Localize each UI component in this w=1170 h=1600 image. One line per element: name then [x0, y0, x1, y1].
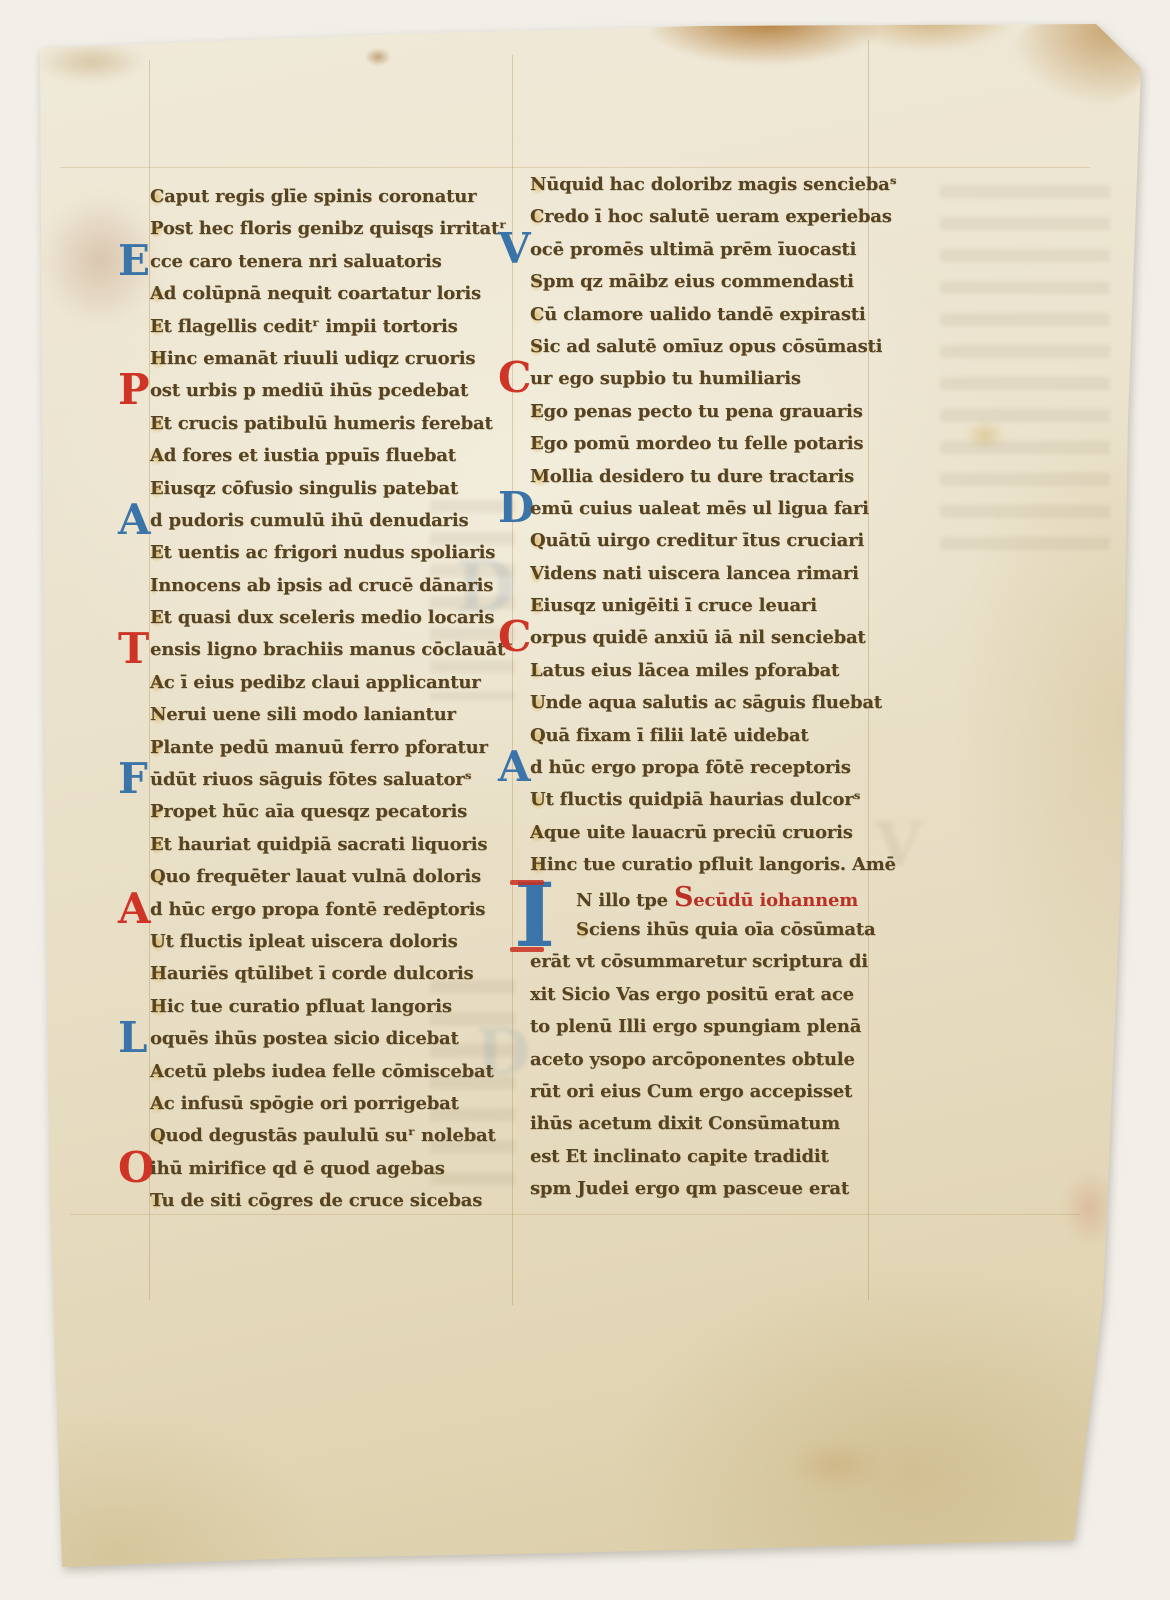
stain-top-right-corner	[1010, 12, 1150, 107]
manuscript-line: Ad fores et iustia ppuīs fluebat	[150, 440, 512, 472]
line-text: uā fixam ī filii latē uidebat	[545, 725, 808, 746]
showthrough-text	[940, 185, 1110, 565]
line-text: spm Judei ergo qm pasceue erat	[530, 1178, 849, 1199]
manuscript-line: Innocens ab ipsis ad crucē dānaris	[150, 570, 512, 602]
illuminated-initial: A	[118, 894, 142, 924]
leaf-shadow: D D V Caput regis glīe spinis coronaturP…	[0, 0, 1170, 1600]
line-text: pm qz māibz eius commendasti	[543, 271, 854, 292]
manuscript-line: Unde aqua salutis ac sāguis fluebat	[530, 687, 910, 719]
line-text: ihū mirifice qd ē quod agebas	[150, 1158, 445, 1179]
rubric-text: Secūdū iohannem	[674, 882, 858, 917]
washed-capital: L	[530, 660, 542, 681]
manuscript-line: Ut fluctis quidpiā haurias dulcorˢ	[530, 784, 910, 816]
manuscript-line: IN illo tpe Secūdū iohannem	[530, 882, 910, 914]
line-text: uo frequēter lauat vulnā doloris	[165, 866, 480, 887]
line-text: atus eius lācea miles pforabat	[542, 660, 839, 681]
manuscript-line: Vocē promēs ultimā prēm īuocasti	[530, 234, 910, 266]
manuscript-line: Sic ad salutē omīuz opus cōsūmasti	[530, 331, 910, 363]
washed-capital: E	[530, 433, 544, 454]
washed-capital: S	[530, 336, 543, 357]
manuscript-line: Caput regis glīe spinis coronatur	[150, 181, 512, 213]
line-text: t quasi dux sceleris medio locaris	[164, 607, 495, 628]
manuscript-line: Hinc emanāt riuuli udiqz cruoris	[150, 343, 512, 375]
washed-capital: Q	[530, 530, 545, 551]
manuscript-line: Acetū plebs iudea felle cōmiscebat	[150, 1056, 512, 1088]
line-text: d pudoris cumulū ihū denudaris	[150, 510, 468, 531]
illuminated-initial: O	[118, 1153, 142, 1183]
line-text: ost urbis p mediū ihūs pcedebat	[150, 380, 468, 401]
line-text: ciens ihūs quia oīa cōsūmata	[589, 919, 876, 940]
washed-capital: S	[576, 919, 589, 940]
line-text: idens nati uiscera lancea rimari	[543, 563, 858, 584]
manuscript-line: Corpus quidē anxiū iā nil senciebat	[530, 622, 910, 654]
line-text: orpus quidē anxiū iā nil senciebat	[530, 627, 866, 648]
washed-capital: E	[150, 607, 164, 628]
manuscript-line: Eiusqz cōfusio singulis patebat	[150, 473, 512, 505]
line-text: ensis ligno brachiis manus cōclauātʳ	[150, 639, 512, 660]
washed-capital: E	[530, 595, 544, 616]
line-text: inc emanāt riuuli udiqz cruoris	[167, 348, 475, 369]
washed-capital: H	[150, 348, 167, 369]
line-text: est Et inclinato capite tradidit	[530, 1146, 829, 1167]
line-text: ropet hūc aīa quesqz pecatoris	[163, 801, 467, 822]
line-text: auriēs qtūlibet ī corde dulcoris	[167, 963, 474, 984]
manuscript-line: Oihū mirifice qd ē quod agebas	[150, 1153, 512, 1185]
line-text: ic tue curatio pfluat langoris	[167, 996, 452, 1017]
line-text: redo ī hoc salutē ueram experiebas	[544, 206, 892, 227]
line-text: uod degustās paululū suʳ nolebat	[165, 1125, 495, 1146]
stain-small-dot	[365, 48, 391, 66]
manuscript-line: Aque uite lauacrū preciū cruoris	[530, 817, 910, 849]
illuminated-initial-large: I	[514, 876, 555, 954]
manuscript-line: Nerui uene sili modo laniantur	[150, 699, 512, 731]
stain-red-offset-mark	[1062, 1170, 1117, 1245]
line-text: iusqz unigēiti ī cruce leuari	[544, 595, 817, 616]
illuminated-initial: C	[498, 363, 522, 393]
manuscript-line: Propet hūc aīa quesqz pecatoris	[150, 796, 512, 828]
manuscript-line: Cū clamore ualido tandē expirasti	[530, 299, 910, 331]
illuminated-initial: A	[498, 752, 522, 782]
stain-right-spot	[965, 420, 1005, 450]
line-text: u de siti cōgres de cruce sicebas	[162, 1190, 483, 1211]
manuscript-line: Post urbis p mediū ihūs pcedebat	[150, 375, 512, 407]
line-text: t fluctis ipleat uiscera doloris	[166, 931, 458, 952]
manuscript-leaf: D D V Caput regis glīe spinis coronaturP…	[0, 0, 1170, 1600]
washed-capital: E	[150, 413, 164, 434]
illuminated-initial: C	[498, 622, 522, 652]
line-text: d colūpnā nequit coartatur loris	[164, 283, 481, 304]
washed-capital: E	[150, 834, 164, 855]
washed-capital: Q	[150, 866, 165, 887]
manuscript-line: Et hauriat quidpiā sacrati liquoris	[150, 829, 512, 861]
illuminated-initial: E	[118, 246, 142, 276]
stain-top-edge	[640, 14, 890, 66]
line-text: cetū plebs iudea felle cōmiscebat	[164, 1061, 494, 1082]
line-text: ocē promēs ultimā prēm īuocasti	[530, 239, 856, 260]
illuminated-initial: D	[498, 493, 522, 523]
ruling-line-top	[60, 167, 1090, 168]
line-text: c ī eius pedibz claui applicantur	[164, 672, 481, 693]
washed-capital: Q	[530, 725, 545, 746]
illuminated-initial: A	[118, 505, 142, 535]
line-text: go penas pecto tu pena grauaris	[544, 401, 863, 422]
manuscript-line: Nūquid hac doloribz magis senciebaˢ	[530, 169, 910, 201]
manuscript-line: spm Judei ergo qm pasceue erat	[530, 1173, 910, 1205]
manuscript-line: Ecce caro tenera nri saluatoris	[150, 246, 512, 278]
washed-capital: A	[150, 283, 164, 304]
illuminated-initial: V	[498, 234, 522, 264]
washed-capital: P	[150, 218, 163, 239]
line-text: emū cuius ualeat mēs ul ligua fari	[530, 498, 869, 519]
manuscript-line: Hinc tue curatio pfluit langoris. Amē	[530, 849, 910, 881]
line-text: t hauriat quidpiā sacrati liquoris	[164, 834, 488, 855]
manuscript-line: Loquēs ihūs postea sicio dicebat	[150, 1023, 512, 1055]
washed-capital: C	[530, 206, 544, 227]
line-text: ūdūt riuos sāguis fōtes saluatorˢ	[150, 769, 471, 790]
manuscript-line: xit Sicio Vas ergo positū erat ace	[530, 979, 910, 1011]
line-text: go pomū mordeo tu felle potaris	[544, 433, 864, 454]
manuscript-line: Plante pedū manuū ferro pforatur	[150, 732, 512, 764]
washed-capital: T	[150, 1190, 162, 1211]
line-text: t flagellis ceditʳ impii tortoris	[164, 316, 458, 337]
washed-capital: E	[150, 542, 164, 563]
manuscript-line: Cur ego supbio tu humiliaris	[530, 363, 910, 395]
manuscript-line: Quā fixam ī filii latē uidebat	[530, 720, 910, 752]
washed-capital: C	[150, 186, 164, 207]
line-text: d hūc ergo propa fōtē receptoris	[530, 757, 851, 778]
manuscript-line: Ad pudoris cumulū ihū denudaris	[150, 505, 512, 537]
washed-capital: U	[530, 692, 546, 713]
manuscript-line: Quod degustās paululū suʳ nolebat	[150, 1120, 512, 1152]
manuscript-line: Et flagellis ceditʳ impii tortoris	[150, 311, 512, 343]
manuscript-line: Post hec floris genibz quisqs irritatʳ	[150, 213, 512, 245]
washed-capital: N	[150, 704, 166, 725]
manuscript-line: Ego pomū mordeo tu felle potaris	[530, 428, 910, 460]
manuscript-line: Hauriēs qtūlibet ī corde dulcoris	[150, 958, 512, 990]
line-text: ollia desidero tu dure tractaris	[550, 466, 854, 487]
manuscript-line: Et crucis patibulū humeris ferebat	[150, 408, 512, 440]
line-text: iusqz cōfusio singulis patebat	[164, 478, 459, 499]
manuscript-line: Tu de siti cōgres de cruce sicebas	[150, 1185, 512, 1217]
illuminated-initial: P	[118, 375, 142, 405]
washed-capital: E	[150, 316, 164, 337]
line-text: t fluctis quidpiā haurias dulcorˢ	[546, 789, 861, 810]
manuscript-line: Ac ī eius pedibz claui applicantur	[150, 667, 512, 699]
line-text: aput regis glīe spinis coronatur	[164, 186, 476, 207]
line-text: c infusū spōgie ori porrigebat	[164, 1093, 459, 1114]
washed-capital: A	[150, 1093, 164, 1114]
line-text: ost hec floris genibz quisqs irritatʳ	[163, 218, 506, 239]
illuminated-initial: F	[118, 764, 142, 794]
washed-capital: P	[150, 801, 163, 822]
line-text: lante pedū manuū ferro pforatur	[163, 737, 487, 758]
manuscript-line: Latus eius lācea miles pforabat	[530, 655, 910, 687]
stain-top-edge-2	[840, 16, 1020, 52]
stain-bottom-smudge	[790, 1440, 880, 1490]
text-column-right: Nūquid hac doloribz magis senciebaˢCredo…	[530, 169, 910, 1206]
manuscript-line: est Et inclinato capite tradidit	[530, 1141, 910, 1173]
line-text: erāt vt cōsummaretur scriptura di	[530, 951, 868, 972]
washed-capital: C	[530, 304, 544, 325]
line-text: nde aqua salutis ac sāguis fluebat	[546, 692, 882, 713]
line-text: t crucis patibulū humeris ferebat	[164, 413, 493, 434]
manuscript-line: Ad hūc ergo propa fontē redēptoris	[150, 894, 512, 926]
washed-capital: A	[150, 1061, 164, 1082]
line-text: ur ego supbio tu humiliaris	[530, 368, 801, 389]
manuscript-line: Ad hūc ergo propa fōtē receptoris	[530, 752, 910, 784]
manuscript-line: Ad colūpnā nequit coartatur loris	[150, 278, 512, 310]
manuscript-line: Sciens ihūs quia oīa cōsūmata	[530, 914, 910, 946]
washed-capital: V	[530, 563, 543, 584]
manuscript-line: Videns nati uiscera lancea rimari	[530, 558, 910, 590]
washed-capital: A	[150, 445, 164, 466]
manuscript-line: Ego penas pecto tu pena grauaris	[530, 396, 910, 428]
washed-capital: E	[530, 401, 544, 422]
manuscript-line: Ut fluctis ipleat uiscera doloris	[150, 926, 512, 958]
washed-capital: S	[530, 271, 543, 292]
manuscript-line: Et quasi dux sceleris medio locaris	[150, 602, 512, 634]
manuscript-line: Spm qz māibz eius commendasti	[530, 266, 910, 298]
washed-capital: A	[150, 672, 164, 693]
manuscript-line: Hic tue curatio pfluat langoris	[150, 991, 512, 1023]
washed-capital: A	[530, 822, 544, 843]
manuscript-line: Quo frequēter lauat vulnā doloris	[150, 861, 512, 893]
manuscript-line: Credo ī hoc salutē ueram experiebas	[530, 201, 910, 233]
line-text: d hūc ergo propa fontē redēptoris	[150, 899, 485, 920]
manuscript-line: ihūs acetum dixit Consūmatum	[530, 1108, 910, 1140]
line-text: nnocens ab ipsis ad crucē dānaris	[158, 575, 493, 596]
line-text: t uentis ac frigori nudus spoliaris	[164, 542, 496, 563]
line-text: rūt ori eius Cum ergo accepisset	[530, 1081, 852, 1102]
illuminated-initial: T	[118, 634, 142, 664]
line-text: xit Sicio Vas ergo positū erat ace	[530, 984, 854, 1005]
manuscript-line: rūt ori eius Cum ergo accepisset	[530, 1076, 910, 1108]
line-text: erui uene sili modo laniantur	[166, 704, 456, 725]
text-column-left: Caput regis glīe spinis coronaturPost he…	[150, 181, 512, 1218]
washed-capital: U	[530, 789, 546, 810]
line-text: inc tue curatio pfluit langoris. Amē	[547, 854, 896, 875]
manuscript-line: Demū cuius ualeat mēs ul ligua fari	[530, 493, 910, 525]
manuscript-line: erāt vt cōsummaretur scriptura di	[530, 946, 910, 978]
line-text: N illo tpe	[576, 890, 674, 911]
line-text: ū clamore ualido tandē expirasti	[544, 304, 865, 325]
washed-capital: E	[150, 478, 164, 499]
manuscript-line: Et uentis ac frigori nudus spoliaris	[150, 537, 512, 569]
line-text: que uite lauacrū preciū cruoris	[544, 822, 853, 843]
line-text: ūquid hac doloribz magis senciebaˢ	[546, 174, 896, 195]
illuminated-initial: L	[118, 1023, 142, 1053]
line-text: oquēs ihūs postea sicio dicebat	[150, 1028, 459, 1049]
manuscript-line: Eiusqz unigēiti ī cruce leuari	[530, 590, 910, 622]
washed-capital: H	[150, 996, 167, 1017]
line-text: ic ad salutē omīuz opus cōsūmasti	[543, 336, 882, 357]
photograph-background: D D V Caput regis glīe spinis coronaturP…	[0, 0, 1170, 1600]
manuscript-line: Quātū uirgo creditur ītus cruciari	[530, 525, 910, 557]
manuscript-line: aceto ysopo arcōponentes obtule	[530, 1044, 910, 1076]
line-text: cce caro tenera nri saluatoris	[150, 251, 442, 272]
washed-capital: P	[150, 737, 163, 758]
manuscript-line: to plenū Illi ergo spungiam plenā	[530, 1011, 910, 1043]
manuscript-line: Tensis ligno brachiis manus cōclauātʳ	[150, 634, 512, 666]
line-text: d fores et iustia ppuīs fluebat	[164, 445, 456, 466]
line-text: to plenū Illi ergo spungiam plenā	[530, 1016, 861, 1037]
line-text: ihūs acetum dixit Consūmatum	[530, 1113, 840, 1134]
stain-top-left-edge	[36, 42, 146, 82]
washed-capital: N	[530, 174, 546, 195]
washed-capital: U	[150, 931, 166, 952]
washed-capital: H	[150, 963, 167, 984]
line-text: aceto ysopo arcōponentes obtule	[530, 1049, 855, 1070]
washed-capital: I	[150, 575, 158, 596]
line-text: uātū uirgo creditur ītus cruciari	[545, 530, 864, 551]
manuscript-line: Fūdūt riuos sāguis fōtes saluatorˢ	[150, 764, 512, 796]
manuscript-line: Mollia desidero tu dure tractaris	[530, 461, 910, 493]
manuscript-line: Ac infusū spōgie ori porrigebat	[150, 1088, 512, 1120]
